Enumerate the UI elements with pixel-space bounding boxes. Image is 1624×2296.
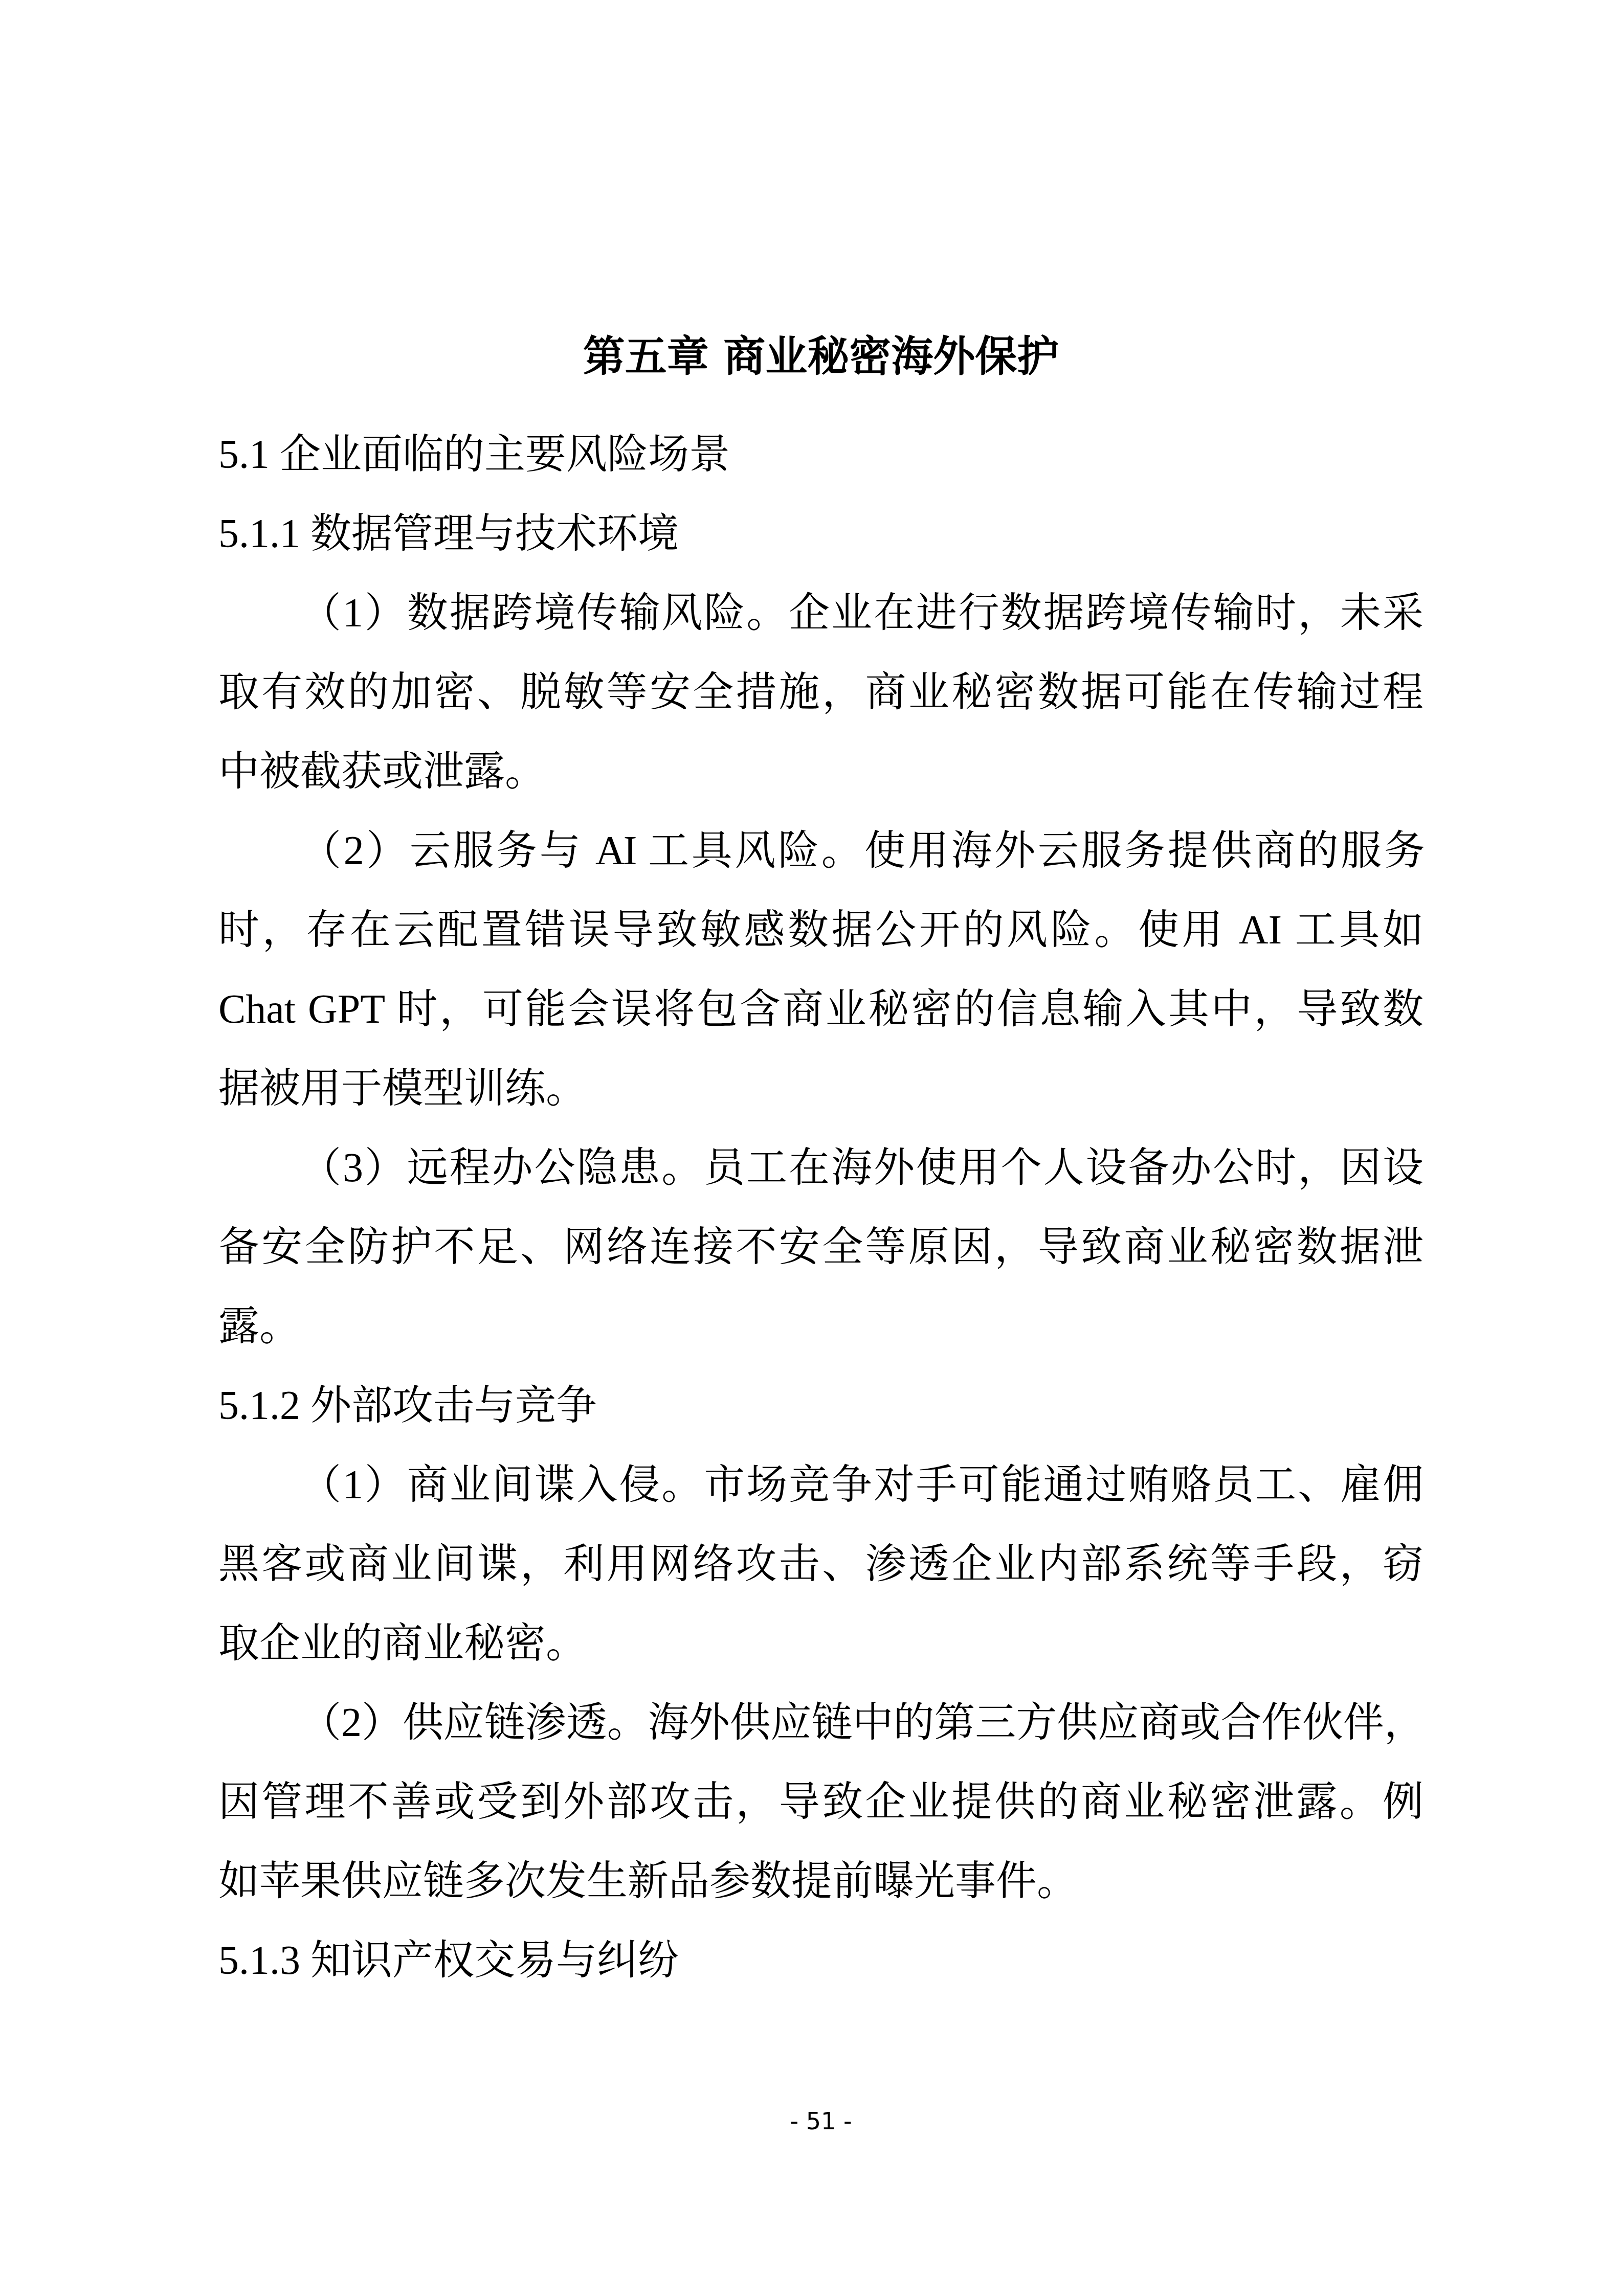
section-heading: 5.1.1 数据管理与技术环境 [218,494,1423,574]
body-line: Chat GPT 时，可能会误将包含商业秘密的信息输入其中，导致数 [218,970,1423,1049]
chapter-title: 第五章 商业秘密海外保护 [218,324,1423,390]
body-line: （1）商业间谍入侵。市场竞争对手可能通过贿赂员工、雇佣 [218,1446,1423,1525]
body-line: （2）供应链渗透。海外供应链中的第三方供应商或合作伙伴， [218,1683,1423,1763]
body-line: 如苹果供应链多次发生新品参数提前曝光事件。 [218,1842,1423,1921]
paragraph: （1）数据跨境传输风险。企业在进行数据跨境传输时，未采取有效的加密、脱敏等安全措… [218,574,1423,812]
document-content: 第五章 商业秘密海外保护 5.1 企业面临的主要风险场景5.1.1 数据管理与技… [218,324,1423,2000]
body-line: （3）远程办公隐患。员工在海外使用个人设备办公时，因设 [218,1129,1423,1208]
body-line: 中被截获或泄露。 [218,732,1423,812]
body-line: （1）数据跨境传输风险。企业在进行数据跨境传输时，未采 [218,574,1423,653]
body-line: 时，存在云配置错误导致敏感数据公开的风险。使用 AI 工具如 [218,891,1423,970]
paragraph: （3）远程办公隐患。员工在海外使用个人设备办公时，因设备安全防护不足、网络连接不… [218,1129,1423,1366]
body-line: 因管理不善或受到外部攻击，导致企业提供的商业秘密泄露。例 [218,1763,1423,1842]
paragraph: （1）商业间谍入侵。市场竞争对手可能通过贿赂员工、雇佣黑客或商业间谍，利用网络攻… [218,1446,1423,1683]
body-line: 取有效的加密、脱敏等安全措施，商业秘密数据可能在传输过程 [218,653,1423,732]
paragraph: （2）云服务与 AI 工具风险。使用海外云服务提供商的服务时，存在云配置错误导致… [218,812,1423,1129]
section-heading: 5.1 企业面临的主要风险场景 [218,415,1423,494]
body-line: （2）云服务与 AI 工具风险。使用海外云服务提供商的服务 [218,812,1423,891]
body-line: 黑客或商业间谍，利用网络攻击、渗透企业内部系统等手段，窃 [218,1525,1423,1604]
page-number: - 51 - [218,2106,1423,2136]
section-heading: 5.1.3 知识产权交易与纠纷 [218,1921,1423,2000]
body-line: 据被用于模型训练。 [218,1049,1423,1129]
document-page: 第五章 商业秘密海外保护 5.1 企业面临的主要风险场景5.1.1 数据管理与技… [0,0,1624,2296]
body-line: 取企业的商业秘密。 [218,1604,1423,1683]
section-heading: 5.1.2 外部攻击与竞争 [218,1366,1423,1446]
paragraph: （2）供应链渗透。海外供应链中的第三方供应商或合作伙伴，因管理不善或受到外部攻击… [218,1683,1423,1921]
document-body: 5.1 企业面临的主要风险场景5.1.1 数据管理与技术环境（1）数据跨境传输风… [218,415,1423,2000]
body-line: 备安全防护不足、网络连接不安全等原因，导致商业秘密数据泄 [218,1208,1423,1287]
body-line: 露。 [218,1287,1423,1366]
